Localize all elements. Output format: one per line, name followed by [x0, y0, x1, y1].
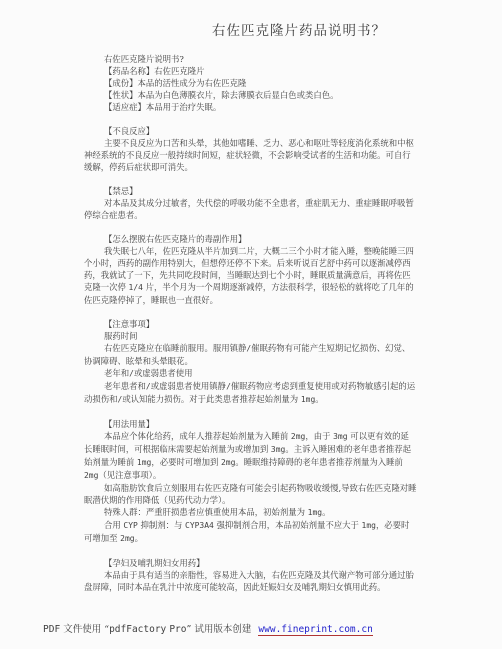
- intro-line: 【适应症】本品用于治疗失眠。: [84, 101, 417, 113]
- page-title: 右佐匹克隆片药品说明书？: [212, 19, 386, 39]
- ascii-text: 3mg: [333, 432, 347, 441]
- section-paragraph: 本品应个体化给药，成年人推荐起始剂量为入睡前 2mg，由于 3mg 可以更有效的…: [84, 430, 417, 482]
- document-section: 【注意事项】服药时间右佐匹克隆应在临睡前服用。服用镇静/催眠药物有可能产生短期记…: [84, 318, 417, 406]
- section-heading: 【孕妇及哺乳期妇女用药】: [84, 557, 417, 569]
- ascii-text: www.fineprint.com.cn: [258, 624, 372, 635]
- sections-block: 【不良反应】主要不良反应为口苦和头晕，其他如嗜睡、乏力、恶心和呕吐等轻度消化系统…: [84, 125, 417, 593]
- ascii-text: Pro: [169, 624, 186, 635]
- section-paragraph: 对本品及其成分过敏者，失代偿的呼吸功能不全患者，重症肌无力、重症睡眠呼吸暂停综合…: [84, 197, 417, 221]
- ascii-text: 1mg: [137, 458, 151, 467]
- ascii-text: pdfFactory: [109, 624, 166, 635]
- ascii-text: 1/4: [129, 283, 143, 292]
- ascii-text: 2mg: [221, 458, 235, 467]
- section-paragraph: 老年患者和/或虚弱患者使用镇静/催眠药物应考虑到重复使用或对药物敏感引起的运动损…: [84, 380, 417, 406]
- ascii-text: /: [146, 382, 151, 391]
- section-heading: 【怎么摆脱右佐匹克隆片的毒副作用】: [84, 233, 417, 245]
- document-section: 【禁忌】对本品及其成分过敏者，失代偿的呼吸功能不全患者，重症肌无力、重症睡眠呼吸…: [84, 185, 417, 221]
- ascii-text: 1mg: [362, 521, 376, 530]
- section-paragraph: 我失眠七八年，佐匹克隆从半片加到二片，大概二三个小时才能入睡，整晚能睡三四个小时…: [84, 245, 417, 306]
- section-heading: 【注意事项】: [84, 318, 417, 330]
- ascii-text: 2mg: [291, 432, 305, 441]
- intro-line: 【药品名称】右佐匹克隆片: [84, 65, 417, 77]
- ascii-text: 1mg: [308, 508, 322, 517]
- ascii-text: CYP: [123, 521, 137, 530]
- document-section: 【不良反应】主要不良反应为口苦和头晕，其他如嗜睡、乏力、恶心和呕吐等轻度消化系统…: [84, 125, 417, 173]
- section-paragraph: 如高脂肪饮食后立刻服用右佐匹克隆有可能会引起药物吸收缓慢,导致右佐匹克隆对睡眠潜…: [84, 482, 417, 506]
- section-paragraph: 合用 CYP 抑制剂：与 CYP3A4 强抑制剂合用，本品初始剂量不应大于 1m…: [84, 519, 417, 545]
- fineprint-link[interactable]: www.fineprint.com.cn: [258, 624, 372, 636]
- ascii-text: /: [129, 369, 134, 378]
- document-body: 右佐匹克隆片说明书?【药品名称】右佐匹克隆片【成份】本品的活性成分为右佐匹克隆【…: [84, 53, 417, 593]
- section-heading: 【禁忌】: [84, 185, 417, 197]
- ascii-text: 3mg: [271, 445, 285, 454]
- ascii-text: /: [226, 382, 231, 391]
- document-section: 【孕妇及哺乳期妇女用药】本品由于具有适当的亲脂性，容易进入大脑，右佐匹克隆及其代…: [84, 557, 417, 593]
- ascii-text: 1mg: [301, 395, 315, 404]
- ascii-text: /: [246, 344, 251, 353]
- section-heading: 【不良反应】: [84, 125, 417, 137]
- section-paragraph: 特殊人群：严重肝损患者应慎重使用本品，初始剂量为 1mg。: [84, 506, 417, 519]
- section-paragraph: 本品由于具有适当的亲脂性，容易进入大脑，右佐匹克隆及其代谢产物可部分通过胎盘屏障…: [84, 569, 417, 593]
- pdf-page: 右佐匹克隆片药品说明书？ 右佐匹克隆片说明书?【药品名称】右佐匹克隆片【成份】本…: [0, 0, 502, 649]
- section-heading: 【用法用量】: [84, 418, 417, 430]
- section-paragraph: 主要不良反应为口苦和头晕，其他如嗜睡、乏力、恶心和呕吐等轻度消化系统和中枢神经系…: [84, 137, 417, 173]
- section-paragraph: 右佐匹克隆应在临睡前服用。服用镇静/催眠药物有可能产生短期记忆损伤、幻觉、协调障…: [84, 342, 417, 367]
- ascii-text: 2mg: [84, 471, 98, 480]
- pdf-watermark: PDF 文件使用 “pdfFactory Pro” 试用版本创建 www.fin…: [43, 623, 373, 636]
- ascii-text: PDF: [43, 624, 60, 635]
- section-paragraph: 服药时间: [84, 330, 417, 342]
- document-section: 【用法用量】本品应个体化给药，成年人推荐起始剂量为入睡前 2mg，由于 3mg …: [84, 418, 417, 545]
- section-paragraph: 老年和/或虚弱患者使用: [84, 367, 417, 380]
- intro-block: 右佐匹克隆片说明书?【药品名称】右佐匹克隆片【成份】本品的活性成分为右佐匹克隆【…: [84, 53, 417, 113]
- document-section: 【怎么摆脱右佐匹克隆片的毒副作用】我失眠七八年，佐匹克隆从半片加到二片，大概二三…: [84, 233, 417, 306]
- intro-line: 【成份】本品的活性成分为右佐匹克隆: [84, 77, 417, 89]
- intro-line: 右佐匹克隆片说明书?: [84, 53, 417, 65]
- ascii-text: CYP3A4: [185, 521, 214, 530]
- watermark-text: PDF 文件使用 “pdfFactory Pro” 试用版本创建: [43, 624, 251, 635]
- intro-line: 【性状】本品为白色薄膜衣片，除去薄膜衣后显白色或类白色。: [84, 89, 417, 101]
- ascii-text: 2mg: [120, 534, 134, 543]
- ascii-text: /: [118, 395, 123, 404]
